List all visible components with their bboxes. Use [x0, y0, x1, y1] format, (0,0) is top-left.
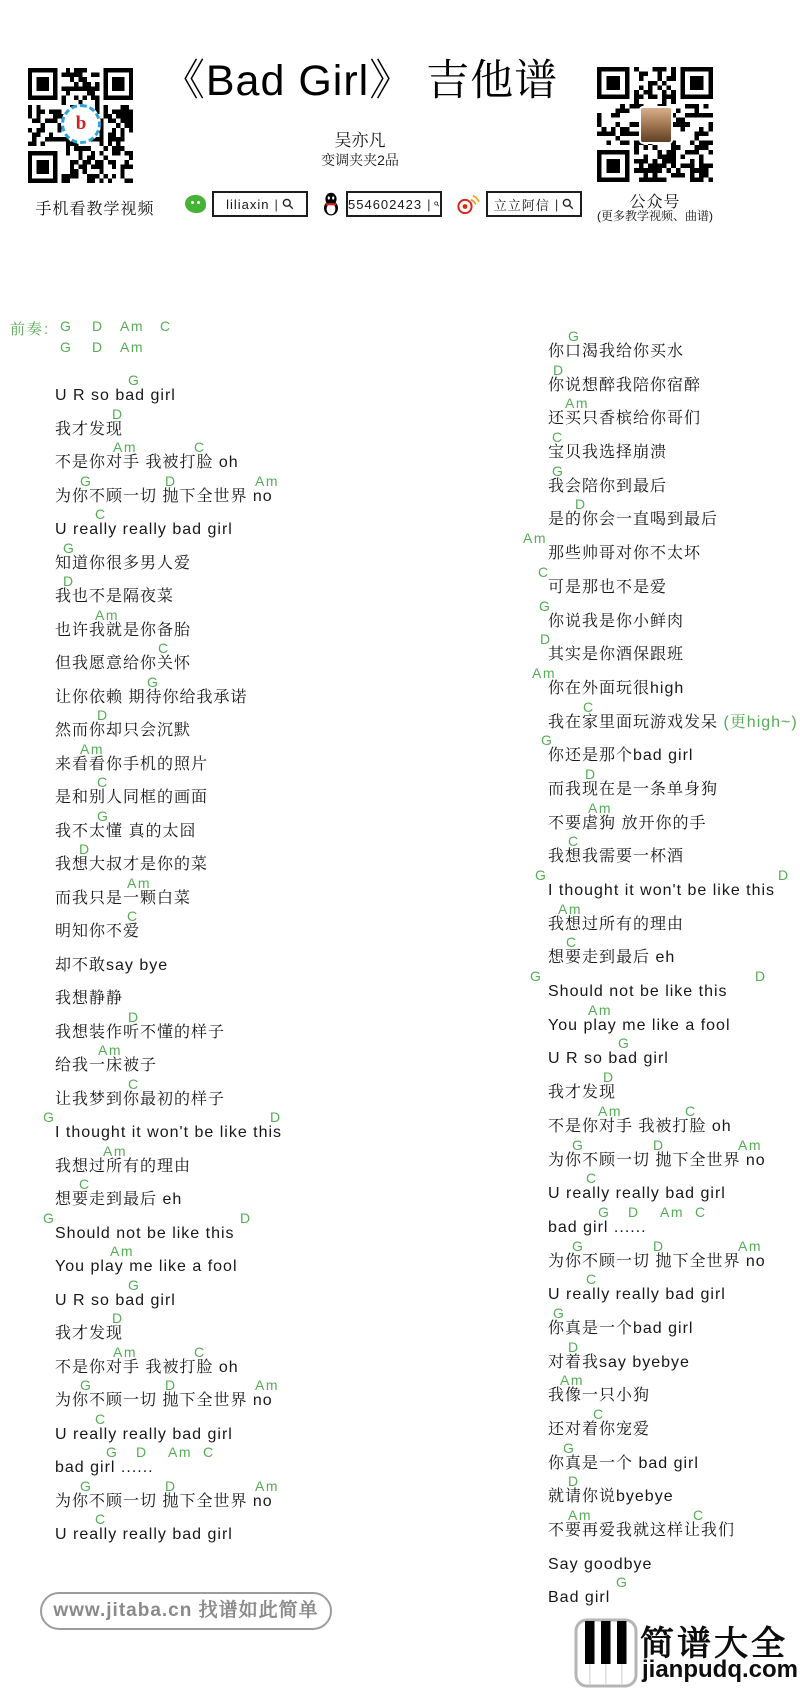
lyric-line: C想要走到最后 eh: [55, 1176, 395, 1210]
lyric-line: Am那些帅哥对你不太坏: [548, 530, 800, 564]
chord-label: D: [92, 339, 104, 355]
lyric-line: CU really really bad girl: [548, 1170, 800, 1204]
lyric-text: 我才发现: [55, 421, 395, 439]
lyric-text: 我才发现: [548, 1084, 800, 1102]
lyric-line: C想要走到最后 eh: [548, 934, 800, 968]
lyric-line: C可是那也不是爱: [548, 564, 800, 598]
social-accounts-row: liliaxin | 554602423 |: [185, 191, 582, 217]
chord-label: D: [92, 318, 104, 334]
chord-label: G: [563, 1440, 575, 1456]
lyric-text: 你在外面玩很high: [548, 680, 800, 698]
lyric-text: Should not be like this: [55, 1225, 395, 1243]
lyric-line: CU really really bad girl: [55, 506, 395, 540]
chord-label: D: [603, 1069, 615, 1085]
chord-label: C: [586, 1170, 598, 1186]
lyric-line: GU R so bad girl: [548, 1035, 800, 1069]
chord-label: D: [585, 766, 597, 782]
chord-label: Am: [98, 1042, 122, 1058]
chord-label: G: [63, 540, 75, 556]
lyric-text: 是的你会一直喝到最后: [548, 511, 800, 529]
chord-label: D: [653, 1238, 665, 1254]
chord-label: G: [539, 598, 551, 614]
divider: |: [275, 197, 279, 212]
chord-label: Am: [113, 1344, 137, 1360]
lyric-text: 我想静静: [55, 990, 395, 1008]
chord-label: Am: [120, 339, 144, 355]
lyric-line: GDAmCbad girl ......: [55, 1444, 395, 1478]
chord-label: D: [628, 1204, 640, 1220]
divider: |: [555, 197, 559, 212]
lyric-text: 你真是一个bad girl: [548, 1320, 800, 1338]
lyric-line: G你真是一个bad girl: [548, 1305, 800, 1339]
chord-label: Am: [168, 1444, 192, 1460]
intro-chords: 前奏:GDAmCGDAm: [55, 318, 395, 360]
lyric-line: C我想我需要一杯酒: [548, 833, 800, 867]
chord-label: Am: [560, 1372, 584, 1388]
chord-label: Am: [255, 473, 279, 489]
chord-label: Am: [598, 1103, 622, 1119]
weibo-account-group: 立立阿信 |: [456, 191, 582, 217]
lyric-line: Am不要虐狗 放开你的手: [548, 800, 800, 834]
lyric-line: GDI thought it won't be like this: [548, 867, 800, 901]
lyric-line: AmYou play me like a fool: [548, 1002, 800, 1036]
lyric-text: 不要虐狗 放开你的手: [548, 815, 800, 833]
lyric-line: C明知你不爱: [55, 908, 395, 942]
lyric-text: 知道你很多男人爱: [55, 555, 395, 573]
chord-label: G: [80, 1478, 92, 1494]
lyric-line: AmC不是你对手 我被打脸 oh: [55, 1344, 395, 1378]
lyric-text: 是和别人同框的画面: [55, 789, 395, 807]
lyric-text: You play me like a fool: [55, 1258, 395, 1276]
chord-label: Am: [523, 530, 547, 546]
chord-label: D: [165, 1377, 177, 1393]
weibo-search-box[interactable]: 立立阿信 |: [486, 191, 582, 217]
lyric-line: GDAm为你不顾一切 抛下全世界 no: [548, 1137, 800, 1171]
chord-label: G: [598, 1204, 610, 1220]
lyric-line: GDAm为你不顾一切 抛下全世界 no: [55, 1478, 395, 1512]
lyric-text: 但我愿意给你关怀: [55, 655, 395, 673]
qq-account-group: 554602423 |: [322, 191, 442, 217]
chord-label: C: [127, 908, 139, 924]
lyric-line: AmC不是你对手 我被打脸 oh: [55, 439, 395, 473]
chord-label: C: [586, 1271, 598, 1287]
chord-label: Am: [558, 901, 582, 917]
lyric-line: GDAm为你不顾一切 抛下全世界 no: [55, 1377, 395, 1411]
lyric-text: 你真是一个 bad girl: [548, 1455, 800, 1473]
lyric-line: G你真是一个 bad girl: [548, 1440, 800, 1474]
lyric-line: D然而你却只会沉默: [55, 707, 395, 741]
lyric-text: I thought it won't be like this: [55, 1124, 395, 1142]
chord-sheet-page: b 手机看教学视频 《Bad Girl》 吉他谱 吴亦凡 变调夹夹2品 公众号 …: [0, 0, 800, 1688]
chord-label: C: [693, 1507, 705, 1523]
chord-label: G: [128, 372, 140, 388]
lyric-text: You play me like a fool: [548, 1017, 800, 1035]
intro-label: 前奏:: [10, 318, 50, 339]
chord-label: Am: [80, 741, 104, 757]
lyric-text: 你口渴我给你买水: [548, 343, 800, 361]
chord-label: C: [203, 1444, 215, 1460]
chord-label: C: [95, 1511, 107, 1527]
chord-label: D: [540, 631, 552, 647]
lyric-text: 为你不顾一切 抛下全世界 no: [548, 1152, 800, 1170]
lyric-line: G让你依赖 期待你给我承诺: [55, 674, 395, 708]
chord-label: D: [270, 1109, 282, 1125]
chord-label: G: [572, 1137, 584, 1153]
lyric-line: Am我想过所有的理由: [548, 901, 800, 935]
chord-label: C: [158, 640, 170, 656]
weibo-icon: [456, 193, 480, 215]
lyric-line: Am给我一床被子: [55, 1042, 395, 1076]
lyric-text: 为你不顾一切 抛下全世界 no: [55, 1392, 395, 1410]
chord-label: D: [136, 1444, 148, 1460]
search-icon: [562, 198, 574, 210]
piano-icon: [574, 1618, 638, 1688]
lyric-text: 我想装作听不懂的样子: [55, 1024, 395, 1042]
lyric-text: 还买只香槟给你哥们: [548, 410, 800, 428]
lyric-line: Am而我只是一颗白菜: [55, 875, 395, 909]
chord-label: C: [97, 774, 109, 790]
lyric-text: 为你不顾一切 抛下全世界 no: [548, 1253, 800, 1271]
wechat-account-group: liliaxin |: [185, 191, 308, 217]
lyric-text: 你说想醉我陪你宿醉: [548, 377, 800, 395]
lyric-text: 就请你说byebye: [548, 1488, 800, 1506]
lyric-text: U R so bad girl: [55, 1292, 395, 1310]
chord-label: C: [685, 1103, 697, 1119]
chord-label: Am: [95, 607, 119, 623]
lyric-text: 想要走到最后 eh: [548, 949, 800, 967]
lyric-text: 想要走到最后 eh: [55, 1191, 395, 1209]
lyric-line: 却不敢say bye: [55, 942, 395, 976]
lyric-text: 那些帅哥对你不太坏: [548, 545, 800, 563]
chord-label: G: [530, 968, 542, 984]
lyric-text: 对着我say byebye: [548, 1354, 800, 1372]
chord-label: G: [60, 339, 72, 355]
annotation-green: (更high~): [718, 714, 798, 731]
lyric-line: GDShould not be like this: [548, 968, 800, 1002]
lyric-text: 不是你对手 我被打脸 oh: [55, 1359, 395, 1377]
lyric-line: CU really really bad girl: [548, 1271, 800, 1305]
artist-name: 吴亦凡: [150, 126, 570, 151]
chord-label: Am: [588, 800, 612, 816]
lyric-line: D而我现在是一条单身狗: [548, 766, 800, 800]
lyric-text: 其实是你酒保跟班: [548, 646, 800, 664]
chord-label: Am: [103, 1143, 127, 1159]
site-badge: www.jitaba.cn 找谱如此简单: [40, 1592, 332, 1630]
lyrics-column-right: G你口渴我给你买水D你说想醉我陪你宿醉Am还买只香槟给你哥们C宝贝我选择崩溃G我…: [548, 328, 800, 1608]
lyric-line: AmYou play me like a fool: [55, 1243, 395, 1277]
chord-label: G: [106, 1444, 118, 1460]
lyric-line: C但我愿意给你关怀: [55, 640, 395, 674]
lyric-text: U really really bad girl: [548, 1286, 800, 1304]
chord-label: D: [755, 968, 767, 984]
chord-label: G: [147, 674, 159, 690]
lyric-line: C我在家里面玩游戏发呆 (更high~): [548, 699, 800, 733]
lyric-line: C宝贝我选择崩溃: [548, 429, 800, 463]
lyric-text: U really really bad girl: [548, 1185, 800, 1203]
lyric-text: 来看看你手机的照片: [55, 756, 395, 774]
chord-label: D: [653, 1137, 665, 1153]
chord-label: D: [240, 1210, 252, 1226]
lyric-line: D我才发现: [55, 1310, 395, 1344]
lyric-text: U really really bad girl: [55, 1426, 395, 1444]
lyric-line: Am还买只香槟给你哥们: [548, 395, 800, 429]
lyric-text: Say goodbye: [548, 1556, 800, 1574]
lyric-line: CU really really bad girl: [55, 1411, 395, 1445]
chord-label: Am: [738, 1238, 762, 1254]
lyric-line: G你说我是你小鲜肉: [548, 598, 800, 632]
chord-label: Am: [568, 1507, 592, 1523]
chord-label: C: [583, 699, 595, 715]
lyric-text: U really really bad girl: [55, 521, 395, 539]
chord-label: D: [112, 406, 124, 422]
lyric-line: GDAmCbad girl ......: [548, 1204, 800, 1238]
lyric-text: 我像一只小狗: [548, 1387, 800, 1405]
lyric-line: D我想大叔才是你的菜: [55, 841, 395, 875]
lyric-line: G我不太懂 真的太囧: [55, 808, 395, 842]
lyric-text: U really really bad girl: [55, 1526, 395, 1544]
qr-right-subcaption: (更多教学视频、曲谱): [585, 207, 725, 224]
lyric-text: 宝贝我选择崩溃: [548, 444, 800, 462]
chord-label: D: [165, 1478, 177, 1494]
lyric-text: 明知你不爱: [55, 923, 395, 941]
lyric-text: 让你依赖 期待你给我承诺: [55, 689, 395, 707]
chord-label: D: [128, 1009, 140, 1025]
lyric-line: D是的你会一直喝到最后: [548, 496, 800, 530]
lyric-text: 给我一床被子: [55, 1057, 395, 1075]
lyric-line: GDAm为你不顾一切 抛下全世界 no: [55, 473, 395, 507]
chord-label: C: [568, 833, 580, 849]
lyric-line: D我才发现: [548, 1069, 800, 1103]
lyric-line: D其实是你酒保跟班: [548, 631, 800, 665]
lyric-text: U R so bad girl: [548, 1050, 800, 1068]
lyric-text: 为你不顾一切 抛下全世界 no: [55, 1493, 395, 1511]
qq-account: 554602423: [348, 197, 422, 212]
chord-label: G: [535, 867, 547, 883]
capo-note: 变调夹夹2品: [150, 150, 570, 170]
chord-label: Am: [255, 1478, 279, 1494]
lyric-line: Am我像一只小狗: [548, 1372, 800, 1406]
lyric-line: D我才发现: [55, 406, 395, 440]
qr-center-logo: b: [61, 104, 101, 144]
chord-label: G: [568, 328, 580, 344]
chord-label: C: [95, 506, 107, 522]
lyric-line: 我想静静: [55, 975, 395, 1009]
lyric-text: 不是你对手 我被打脸 oh: [548, 1118, 800, 1136]
lyric-text: U R so bad girl: [55, 387, 395, 405]
chord-label: Am: [127, 875, 151, 891]
lyric-text: 我不太懂 真的太囧: [55, 823, 395, 841]
lyric-line: Am来看看你手机的照片: [55, 741, 395, 775]
lyric-line: AmC不是你对手 我被打脸 oh: [548, 1103, 800, 1137]
lyric-text: 然而你却只会沉默: [55, 722, 395, 740]
divider: |: [427, 197, 431, 212]
chord-label: G: [128, 1277, 140, 1293]
chord-label: G: [572, 1238, 584, 1254]
lyric-text: 我想过所有的理由: [548, 916, 800, 934]
chord-label: Am: [660, 1204, 684, 1220]
lyric-line: G我会陪你到最后: [548, 463, 800, 497]
chord-label: D: [575, 496, 587, 512]
lyric-line: GDAm为你不顾一切 抛下全世界 no: [548, 1238, 800, 1272]
lyric-text: 我想过所有的理由: [55, 1158, 395, 1176]
chord-label: Am: [565, 395, 589, 411]
lyric-text: 你还是那个bad girl: [548, 747, 800, 765]
chord-label: G: [541, 732, 553, 748]
search-icon: [434, 198, 440, 210]
lyric-text: 我在家里面玩游戏发呆 (更high~): [548, 714, 800, 732]
lyric-text: I thought it won't be like this: [548, 882, 800, 900]
chord-label: C: [79, 1176, 91, 1192]
lyric-text: 而我只是一颗白菜: [55, 890, 395, 908]
wechat-search-box[interactable]: liliaxin |: [212, 191, 308, 217]
chord-label: C: [95, 1411, 107, 1427]
lyric-line: GBad girl: [548, 1574, 800, 1608]
qq-icon: [322, 192, 340, 216]
lyric-line: D我想装作听不懂的样子: [55, 1009, 395, 1043]
chord-label: D: [97, 707, 109, 723]
lyric-line: C是和别人同框的画面: [55, 774, 395, 808]
lyric-line: Am你在外面玩很high: [548, 665, 800, 699]
lyric-text: Bad girl: [548, 1589, 800, 1607]
lyric-text: bad girl ......: [55, 1459, 395, 1477]
chord-label: Am: [120, 318, 144, 334]
chord-label: Am: [113, 439, 137, 455]
chord-label: C: [538, 564, 550, 580]
chord-label: D: [112, 1310, 124, 1326]
lyric-text: 不是你对手 我被打脸 oh: [55, 454, 395, 472]
qq-search-box[interactable]: 554602423 |: [346, 191, 442, 217]
chord-label: D: [568, 1339, 580, 1355]
weibo-account: 立立阿信: [494, 195, 550, 214]
lyric-text: 我才发现: [55, 1325, 395, 1343]
chord-label: D: [568, 1473, 580, 1489]
lyric-text: 我想我需要一杯酒: [548, 848, 800, 866]
lyric-text: Should not be like this: [548, 983, 800, 1001]
lyric-line: G你还是那个bad girl: [548, 732, 800, 766]
chord-label: G: [80, 473, 92, 489]
lyric-line: D就请你说byebye: [548, 1473, 800, 1507]
lyric-line: D你说想醉我陪你宿醉: [548, 362, 800, 396]
lyrics-column-left: GU R so bad girlD我才发现AmC不是你对手 我被打脸 ohGDA…: [55, 372, 395, 1545]
chord-label: G: [618, 1035, 630, 1051]
lyric-line: GU R so bad girl: [55, 372, 395, 406]
lyric-text: 也许我就是你备胎: [55, 622, 395, 640]
chord-label: C: [194, 439, 206, 455]
chord-label: C: [128, 1076, 140, 1092]
lyric-line: D我也不是隔夜菜: [55, 573, 395, 607]
lyric-text: bad girl ......: [548, 1219, 800, 1237]
chord-label: D: [778, 867, 790, 883]
chord-label: D: [79, 841, 91, 857]
wechat-account: liliaxin: [226, 197, 269, 212]
chord-label: C: [566, 934, 578, 950]
page-title: 《Bad Girl》 吉他谱: [150, 56, 570, 106]
chord-label: Am: [255, 1377, 279, 1393]
lyric-text: 却不敢say bye: [55, 957, 395, 975]
chord-label: C: [695, 1204, 707, 1220]
chord-label: C: [160, 318, 172, 334]
lyric-line: D对着我say byebye: [548, 1339, 800, 1373]
chord-label: D: [63, 573, 75, 589]
search-icon: [282, 198, 294, 210]
chord-label: Am: [532, 665, 556, 681]
avatar: [639, 106, 673, 144]
lyric-text: 我也不是隔夜菜: [55, 588, 395, 606]
lyric-line: GU R so bad girl: [55, 1277, 395, 1311]
lyric-line: AmC不要再爱我就这样让我们: [548, 1507, 800, 1541]
lyric-text: 我想大叔才是你的菜: [55, 856, 395, 874]
lyric-line: Am我想过所有的理由: [55, 1143, 395, 1177]
lyric-text: 可是那也不是爱: [548, 579, 800, 597]
brand-domain: jianpudq.com: [642, 1656, 798, 1684]
chord-label: D: [553, 362, 565, 378]
lyric-text: 还对着你宠爱: [548, 1421, 800, 1439]
lyric-text: 让我梦到你最初的样子: [55, 1091, 395, 1109]
lyric-text: 你说我是你小鲜肉: [548, 613, 800, 631]
lyric-text: 而我现在是一条单身狗: [548, 781, 800, 799]
chord-label: G: [43, 1210, 55, 1226]
chord-label: D: [165, 473, 177, 489]
chord-label: G: [97, 808, 109, 824]
lyric-text: 不要再爱我就这样让我们: [548, 1522, 800, 1540]
chord-label: Am: [738, 1137, 762, 1153]
lyric-line: Say goodbye: [548, 1541, 800, 1575]
lyric-line: Am也许我就是你备胎: [55, 607, 395, 641]
chord-label: C: [194, 1344, 206, 1360]
chord-label: Am: [588, 1002, 612, 1018]
lyric-line: GDShould not be like this: [55, 1210, 395, 1244]
qr-left-caption: 手机看教学视频: [25, 196, 165, 219]
lyric-line: G知道你很多男人爱: [55, 540, 395, 574]
lyric-text: 为你不顾一切 抛下全世界 no: [55, 488, 395, 506]
chord-label: G: [616, 1574, 628, 1590]
lyric-line: CU really really bad girl: [55, 1511, 395, 1545]
chord-label: G: [60, 318, 72, 334]
intro-line: GDAm: [55, 339, 395, 360]
chord-label: C: [593, 1406, 605, 1422]
chord-label: C: [552, 429, 564, 445]
chord-label: G: [80, 1377, 92, 1393]
chord-label: G: [552, 463, 564, 479]
lyric-line: G你口渴我给你买水: [548, 328, 800, 362]
chord-label: G: [553, 1305, 565, 1321]
lyric-line: GDI thought it won't be like this: [55, 1109, 395, 1143]
wechat-icon: [185, 195, 206, 213]
lyric-line: C让我梦到你最初的样子: [55, 1076, 395, 1110]
chord-label: Am: [110, 1243, 134, 1259]
lyric-text: 我会陪你到最后: [548, 478, 800, 496]
intro-line: 前奏:GDAmC: [55, 318, 395, 339]
chord-label: G: [43, 1109, 55, 1125]
lyric-line: C还对着你宠爱: [548, 1406, 800, 1440]
